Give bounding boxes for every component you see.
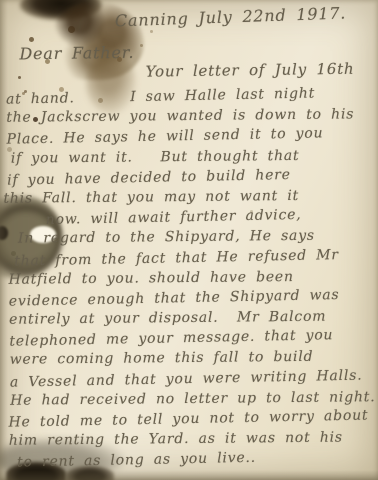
- dateline: Canning July 22nd 1917.: [115, 3, 347, 30]
- salutation: Dear Father.: [19, 43, 134, 64]
- letter-body: at hand. I saw Halle last night the Jack…: [0, 83, 378, 472]
- letter-page: Canning July 22nd 1917. Dear Father. You…: [0, 0, 378, 480]
- opening-line: Your letter of July 16th: [146, 60, 355, 81]
- letter-content: Canning July 22nd 1917. Dear Father. You…: [0, 0, 378, 480]
